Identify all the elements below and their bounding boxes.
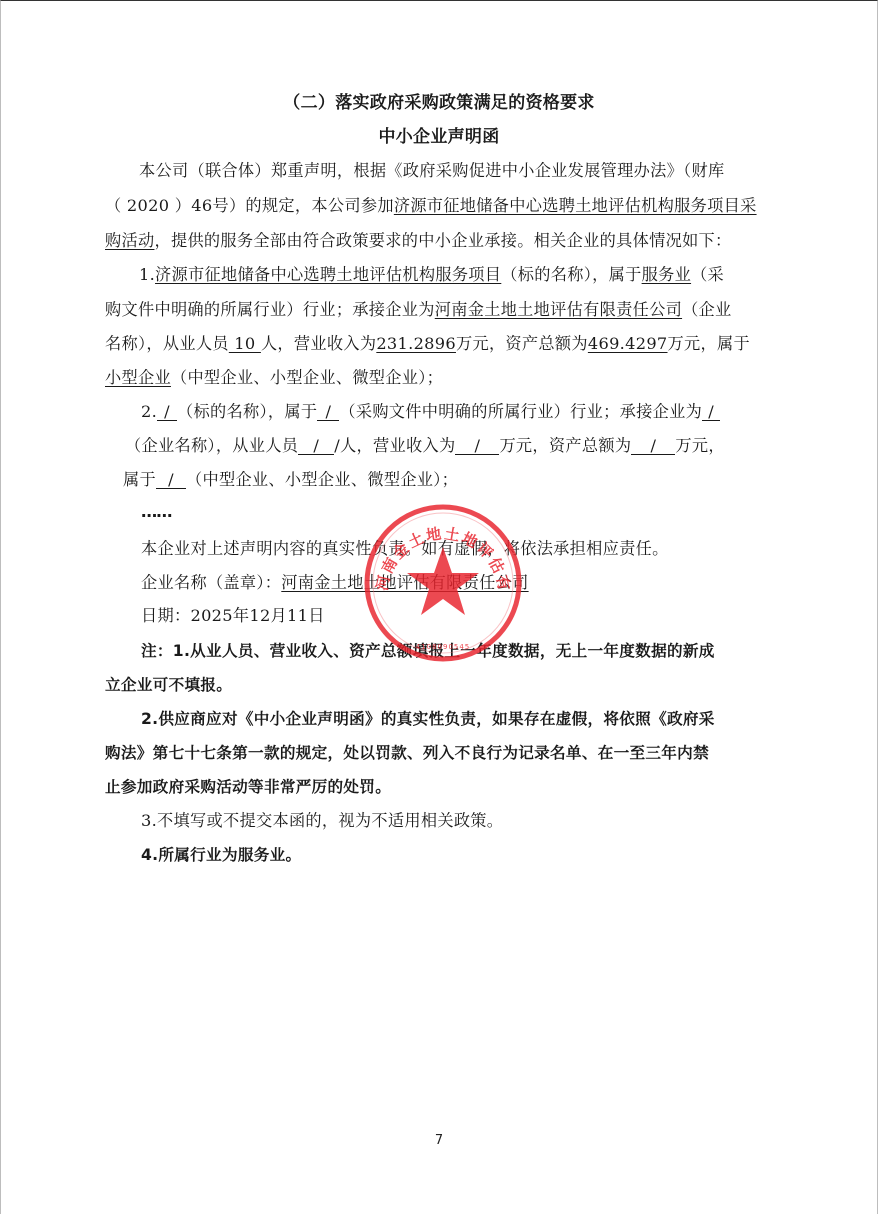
item1-line-1: 1.济源市征地储备中心选聘土地评估机构服务项目（标的名称），属于服务业（采 bbox=[139, 265, 724, 285]
note-4: 4.所属行业为服务业。 bbox=[141, 845, 301, 865]
ellipsis: …… bbox=[141, 502, 171, 522]
responsibility-statement: 本企业对上述声明内容的真实性负责。如有虚假，将依法承担相应责任。 bbox=[141, 539, 669, 559]
item2-industry: / bbox=[317, 403, 339, 421]
item1-line-4: 小型企业（中型企业、小型企业、微型企业）； bbox=[105, 368, 443, 388]
item1-lot-name: 济源市征地储备中心选聘土地评估机构服务项目 bbox=[155, 265, 501, 284]
item1-assets: 469.4297 bbox=[588, 334, 668, 353]
item2-revenue: / bbox=[455, 437, 499, 455]
date-value: 2025年12月11日 bbox=[190, 606, 324, 625]
note-1-line-2: 立企业可不填报。 bbox=[105, 675, 232, 695]
item1-line-3: 名称），从业人员 10 人，营业收入为231.2896万元，资产总额为469.4… bbox=[105, 334, 750, 354]
signature-line: 企业名称（盖章）：河南金土地土地评估有限责任公司 bbox=[141, 573, 529, 593]
item1-employees: 10 bbox=[229, 334, 261, 353]
note-2-line-2: 购法》第七十七条第一款的规定，处以罚款、列入不良行为记录名单、在一至三年内禁 bbox=[105, 743, 709, 763]
item2-assets: / bbox=[631, 437, 675, 455]
item1-revenue: 231.2896 bbox=[376, 334, 456, 353]
document-page: （二）落实政府采购政策满足的资格要求 中小企业声明函 本公司（联合体）郑重声明，… bbox=[0, 0, 878, 1214]
item2-line-1: 2./（标的名称），属于/（采购文件中明确的所属行业）行业；承接企业为/ bbox=[141, 402, 720, 422]
project-name-cont: 购活动 bbox=[105, 231, 154, 250]
page-number: 7 bbox=[1, 1133, 877, 1148]
intro-line-2: （ 2020 ）46号）的规定，本公司参加济源市征地储备中心选聘土地评估机构服务… bbox=[105, 196, 757, 216]
signature-company: 河南金土地土地评估有限责任公司 bbox=[281, 573, 528, 592]
item2-company: / bbox=[702, 403, 720, 421]
item2-employees: / bbox=[298, 437, 334, 455]
item1-size: 小型企业 bbox=[105, 368, 171, 387]
intro-line-1: 本公司（联合体）郑重声明，根据《政府采购促进中小企业发展管理办法》（财库 bbox=[139, 161, 724, 181]
note-2-line-3: 止参加政府采购活动等非常严厉的处罚。 bbox=[105, 777, 391, 797]
section-title: （二）落实政府采购政策满足的资格要求 bbox=[1, 93, 877, 113]
item2-line-2: （企业名称），从业人员//人，营业收入为/万元，资产总额为/万元， bbox=[125, 436, 725, 456]
item1-industry: 服务业 bbox=[642, 265, 691, 284]
note-1-line-1: 注：1.从业人员、营业收入、资产总额填报上一年度数据，无上一年度数据的新成 bbox=[141, 641, 715, 661]
note-3: 3.不填写或不提交本函的，视为不适用相关政策。 bbox=[141, 811, 503, 831]
intro-line-3: 购活动，提供的服务全部由符合政策要求的中小企业承接。相关企业的具体情况如下： bbox=[105, 231, 732, 251]
note-2-line-1: 2.供应商应对《中小企业声明函》的真实性负责，如果存在虚假，将依照《政府采 bbox=[141, 709, 715, 729]
item2-line-3: 属于/（中型企业、小型企业、微型企业）； bbox=[123, 470, 458, 490]
project-name: 济源市征地储备中心选聘土地评估机构服务项目采 bbox=[394, 196, 757, 215]
item1-company: 河南金土地土地评估有限责任公司 bbox=[435, 300, 682, 319]
item2-size: / bbox=[156, 471, 186, 489]
item1-line-2: 购文件中明确的所属行业）行业；承接企业为河南金土地土地评估有限责任公司（企业 bbox=[105, 300, 732, 320]
form-title: 中小企业声明函 bbox=[1, 127, 877, 147]
item2-lot-name: / bbox=[157, 403, 177, 421]
date-line: 日期：2025年12月11日 bbox=[141, 606, 325, 626]
